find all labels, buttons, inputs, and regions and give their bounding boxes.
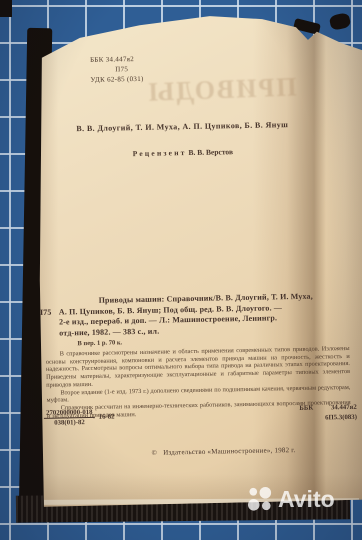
avito-watermark-text: Avito bbox=[278, 486, 335, 513]
avito-watermark: Avito bbox=[247, 486, 335, 513]
copyright-text: Издательство «Машиностроение», 1982 г. bbox=[163, 446, 295, 457]
copyright-icon: © bbox=[152, 449, 158, 457]
bbk-block-bottom: ББК 34.447я2 6П5.3(083) bbox=[299, 403, 357, 424]
udk-code: УДК 62-85 (031) bbox=[90, 74, 143, 85]
bleed-through-title: ПРИВОДЫ bbox=[118, 72, 297, 109]
classification-block: ББК 34.447я2 П75 УДК 62-85 (031) bbox=[90, 54, 144, 85]
bbk-code-bottom: 34.447я2 bbox=[331, 404, 357, 411]
catalog-card: П75 Приводы машин: Справочник/В. В. Длоу… bbox=[37, 291, 342, 339]
annotation-paragraph: В справочнике рассмотрены назначение и о… bbox=[46, 345, 351, 389]
publication-index-fraction: 2702000000-018 038(01)-82 bbox=[44, 408, 95, 428]
reviewer-line: Рецензент В. В. Верстов bbox=[46, 146, 320, 160]
authors-line: В. В. Длоугий, Т. И. Муха, А. П. Цупиков… bbox=[45, 120, 319, 134]
bbk-code-secondary: 6П5.3(083) bbox=[299, 413, 357, 424]
bbk-label: ББК bbox=[299, 405, 313, 412]
avito-logo-icon bbox=[247, 486, 274, 513]
index-suffix: 16-82 bbox=[99, 413, 115, 420]
book-page: ПРИВОДЫ ББК 34.447я2 П75 УДК 62-85 (031)… bbox=[20, 12, 362, 520]
photo-corner-shadow bbox=[0, 0, 12, 17]
price-line: В пер. 1 р. 70 к. bbox=[77, 339, 122, 347]
printed-page-content: ПРИВОДЫ ББК 34.447я2 П75 УДК 62-85 (031)… bbox=[15, 9, 362, 523]
index-denominator: 038(01)-82 bbox=[44, 418, 95, 428]
copyright-line: ©Издательство «Машиностроение», 1982 г. bbox=[102, 445, 346, 458]
publication-index-left: П 2702000000-018 038(01)-82 16-82 bbox=[35, 407, 115, 428]
reviewer-name: В. В. Верстов bbox=[188, 147, 233, 157]
reviewer-label: Рецензент bbox=[133, 148, 187, 158]
